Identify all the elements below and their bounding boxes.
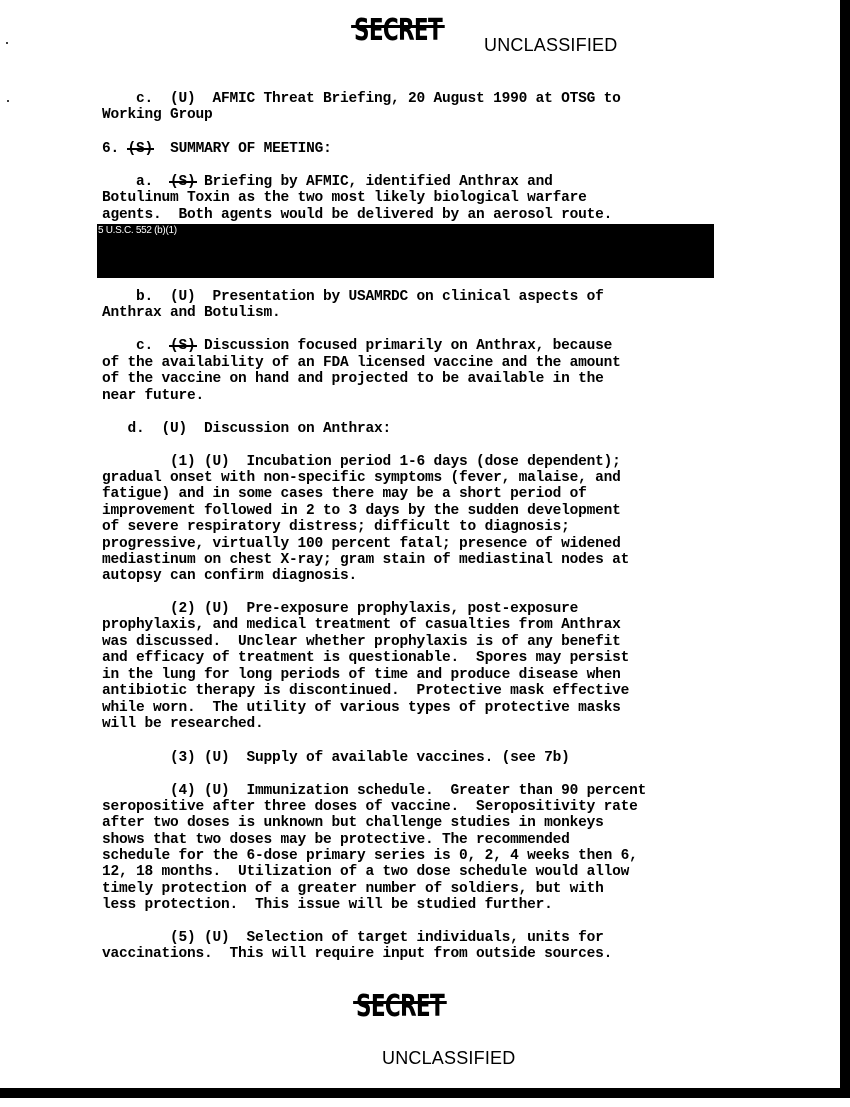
item-6d4-line-5: schedule for the 6-dose primary series i…	[102, 848, 638, 864]
item-6d2-line-6: antibiotic therapy is discontinued. Prot…	[102, 683, 629, 699]
header-secret-stamp: SECRET	[354, 16, 442, 46]
redaction-block: 5 U.S.C. 552 (b)(1)	[97, 224, 714, 278]
item-5c-line-1: c. (U) AFMIC Threat Briefing, 20 August …	[102, 91, 621, 107]
item-6d2-line-5: in the lung for long periods of time and…	[102, 667, 621, 683]
item-6d2-line-4: and efficacy of treatment is questionabl…	[102, 650, 629, 666]
item-6d1-line-3: fatigue) and in some cases there may be …	[102, 486, 587, 502]
item-6b-line-2: Anthrax and Botulism.	[102, 305, 281, 321]
document-page: SECRET UNCLASSIFIED c. (U) AFMIC Threat …	[0, 0, 850, 1107]
item-6d2-line-2: prophylaxis, and medical treatment of ca…	[102, 617, 621, 633]
struck-classification-marking: (S)	[170, 174, 196, 190]
item-6d3-line-1: (3) (U) Supply of available vaccines. (s…	[102, 750, 570, 766]
item-6d5-line-1: (5) (U) Selection of target individuals,…	[102, 930, 604, 946]
scan-speck	[7, 100, 9, 102]
item-6d1-line-8: autopsy can confirm diagnosis.	[102, 568, 357, 584]
section-6-heading: 6. (S) SUMMARY OF MEETING:	[102, 141, 332, 157]
item-6c-line-3: of the vaccine on hand and projected to …	[102, 371, 604, 387]
item-6d4-line-1: (4) (U) Immunization schedule. Greater t…	[102, 783, 646, 799]
struck-classification-marking: (S)	[128, 141, 154, 157]
header-classification: UNCLASSIFIED	[484, 35, 617, 56]
strikethrough-line	[351, 25, 445, 28]
item-6d5-line-2: vaccinations. This will require input fr…	[102, 946, 612, 962]
item-6d4-line-2: seropositive after three doses of vaccin…	[102, 799, 638, 815]
item-6c-line-2: of the availability of an FDA licensed v…	[102, 355, 621, 371]
item-6b-line-1: b. (U) Presentation by USAMRDC on clinic…	[102, 289, 604, 305]
item-6d1-line-6: progressive, virtually 100 percent fatal…	[102, 536, 621, 552]
item-6d1-line-5: of severe respiratory distress; difficul…	[102, 519, 570, 535]
item-6d-heading: d. (U) Discussion on Anthrax:	[102, 421, 391, 437]
scan-border-bottom	[0, 1088, 850, 1098]
item-6c-line-4: near future.	[102, 388, 204, 404]
item-6d1-line-7: mediastinum on chest X-ray; gram stain o…	[102, 552, 629, 568]
item-5c-line-2: Working Group	[102, 107, 213, 123]
scan-speck	[6, 42, 8, 44]
footer-classification: UNCLASSIFIED	[382, 1048, 515, 1069]
struck-classification-marking: (S)	[170, 338, 196, 354]
item-6d2-line-3: was discussed. Unclear whether prophylax…	[102, 634, 621, 650]
item-6a-line-3: agents. Both agents would be delivered b…	[102, 207, 612, 223]
item-6d2-line-8: will be researched.	[102, 716, 264, 732]
item-6d4-line-7: timely protection of a greater number of…	[102, 881, 604, 897]
item-6c-line-1: c. (S) Discussion focused primarily on A…	[102, 338, 612, 354]
item-6a-line-2: Botulinum Toxin as the two most likely b…	[102, 190, 587, 206]
item-6d4-line-3: after two doses is unknown but challenge…	[102, 815, 604, 831]
item-6d2-line-7: while worn. The utility of various types…	[102, 700, 621, 716]
item-6d4-line-4: shows that two doses may be protective. …	[102, 832, 570, 848]
item-6d1-line-4: improvement followed in 2 to 3 days by t…	[102, 503, 621, 519]
item-6d1-line-2: gradual onset with non-specific symptoms…	[102, 470, 621, 486]
item-6d4-line-6: 12, 18 months. Utilization of a two dose…	[102, 864, 629, 880]
scan-border-right	[840, 0, 850, 1098]
footer-secret-stamp: SECRET	[356, 992, 444, 1022]
item-6d2-line-1: (2) (U) Pre-exposure prophylaxis, post-e…	[102, 601, 578, 617]
item-6d4-line-8: less protection. This issue will be stud…	[102, 897, 553, 913]
item-6a-line-1: a. (S) Briefing by AFMIC, identified Ant…	[102, 174, 553, 190]
strikethrough-line	[353, 1001, 447, 1004]
item-6d1-line-1: (1) (U) Incubation period 1-6 days (dose…	[102, 454, 621, 470]
redaction-exemption-label: 5 U.S.C. 552 (b)(1)	[98, 225, 177, 236]
